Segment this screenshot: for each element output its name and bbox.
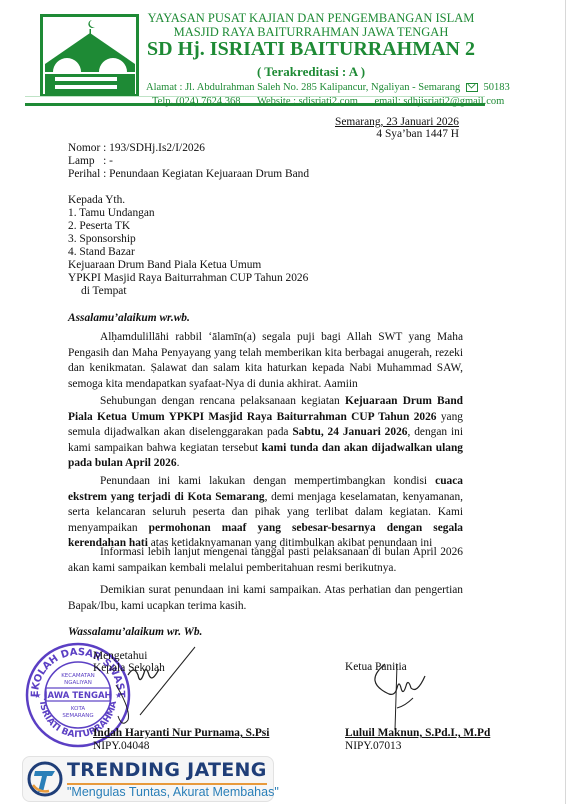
svg-text:KECAMATAN: KECAMATAN	[61, 673, 95, 679]
trending-jateng-watermark: TRENDING JATENG "Mengulas Tuntas, Akurat…	[22, 756, 274, 802]
mail-icon	[466, 83, 478, 92]
event-name-line2: YPKPI Masjid Raya Baiturrahman CUP Tahun…	[68, 272, 308, 285]
headmaster-name: Indah Haryanti Nur Purnama, S.Psi	[93, 727, 269, 740]
attachment: Lamp : -	[68, 155, 113, 168]
address-line: Alamat : Jl. Abdulrahman Saleh No. 285 K…	[146, 82, 566, 93]
subject: Perihal : Penundaan Kegiatan Kejuaraan D…	[68, 168, 309, 181]
brand-name: TRENDING JATENG	[67, 759, 267, 781]
letter-number: Nomor : 193/SDHj.Is2/I/2026	[68, 142, 205, 155]
event-name-line1: Kejuaraan Drum Band Piala Ketua Umum	[68, 259, 261, 272]
foundation-name: YAYASAN PUSAT KAJIAN DAN PENGEMBANGAN IS…	[96, 11, 526, 26]
svg-text:★: ★	[34, 691, 41, 700]
svg-text:KOTA: KOTA	[71, 706, 86, 712]
school-name: SD Hj. ISRIATI BAITURRAHMAN 2	[96, 38, 526, 61]
paragraph-information: Informasi lebih lanjut mengenai tanggal …	[68, 545, 463, 576]
closing-greeting: Wassalamu’alaikum wr. Wb.	[68, 626, 202, 639]
brand-tagline: "Mengulas Tuntas, Akurat Membahas"	[67, 785, 279, 799]
header-rule-thin	[25, 96, 485, 97]
svg-text:JAWA TENGAH: JAWA TENGAH	[43, 691, 111, 701]
header-rule-thick	[25, 103, 485, 106]
committee-chair-name: Luluil Maknun, S.Pd.I., M.Pd	[345, 727, 490, 740]
page-edge	[565, 0, 566, 804]
paragraph-reason: Penundaan ini kami lakukan dengan memper…	[68, 474, 463, 552]
hijri-date: 4 Sya’ban 1447 H	[376, 128, 459, 141]
accreditation: ( Terakreditasi : A )	[96, 64, 526, 80]
recipient-item: 2. Peserta TK	[68, 220, 130, 233]
paragraph-postponement: Sehubungan dengan rencana pelaksanaan ke…	[68, 394, 463, 472]
address: Alamat : Jl. Abdulrahman Saleh No. 285 K…	[146, 82, 460, 93]
svg-text:SEMARANG: SEMARANG	[62, 713, 93, 719]
committee-chair-signature-icon	[365, 660, 440, 732]
trending-jateng-logo-icon	[27, 761, 63, 797]
svg-text:NGALIYAN: NGALIYAN	[64, 680, 92, 686]
recipient-item: 3. Sponsorship	[68, 233, 136, 246]
headmaster-nipy: NIPY.04048	[93, 740, 149, 753]
postal-code: 50183	[483, 82, 509, 93]
place-line: di Tempat	[81, 285, 127, 298]
recipient-item: 1. Tamu Undangan	[68, 207, 155, 220]
greeting: Assalamu’alaikum wr.wb.	[68, 312, 190, 325]
addressee-label: Kepada Yth.	[68, 194, 125, 207]
headmaster-signature-icon	[110, 645, 200, 725]
recipient-item: 4. Stand Bazar	[68, 246, 135, 259]
paragraph-opening: Alḥamdulillāhi rabbil ‘ālamīn(a) segala …	[68, 330, 463, 392]
committee-chair-nipy: NIPY.07013	[345, 740, 401, 753]
paragraph-closing: Demikian surat penundaan ini kami sampai…	[68, 583, 463, 614]
